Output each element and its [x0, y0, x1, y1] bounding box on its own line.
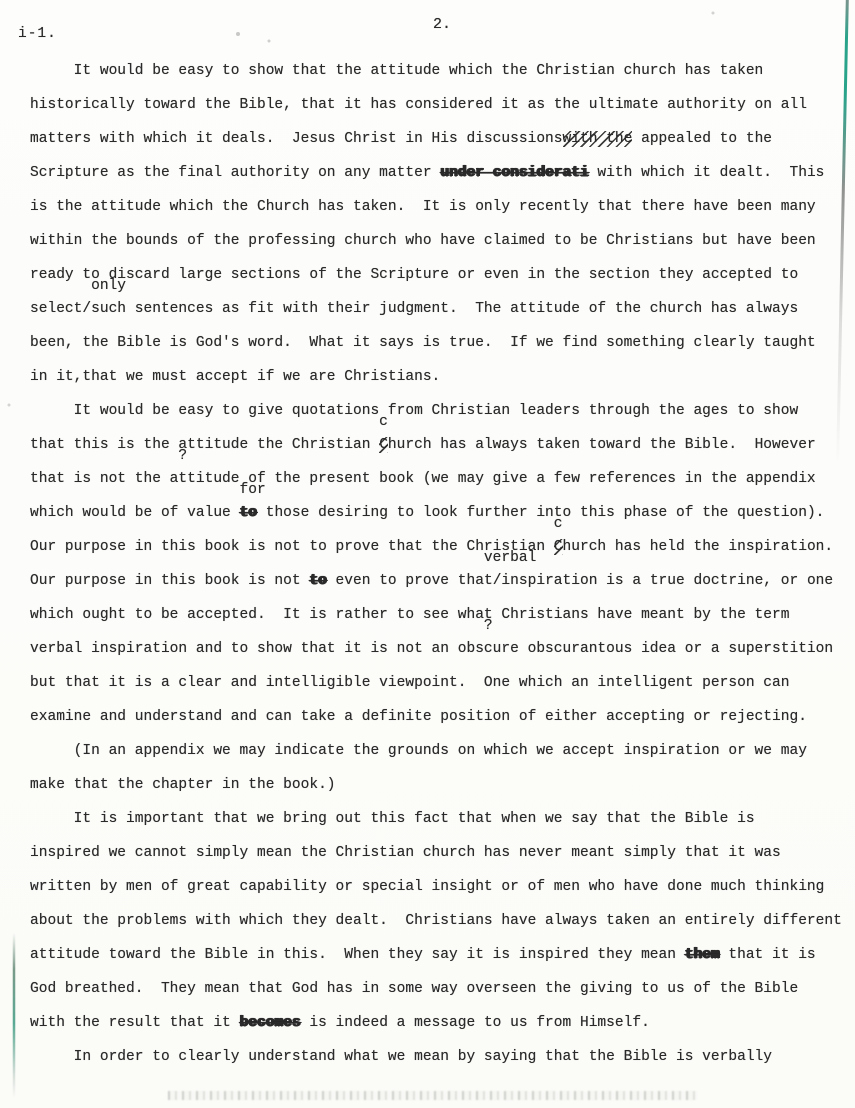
- text-segment: make that the chapter in the book.): [30, 777, 336, 793]
- scan-artifact-left-edge: [13, 933, 15, 1098]
- text-segment: attitude toward the Bible in this. When …: [30, 947, 685, 963]
- text-segment: hurch has held the inspiration.: [563, 539, 834, 555]
- text-segment: matters with which it deals. Jesus Chris…: [30, 131, 563, 147]
- text-segment: those desiring to look further into this…: [257, 505, 824, 521]
- text-segment: even to prove that/inspiration is a true…: [327, 573, 833, 589]
- text-segment: with the result that it: [30, 1015, 240, 1031]
- text-segment: appealed to the: [632, 131, 772, 147]
- typed-insertion: only: [91, 279, 126, 293]
- typed-insertion: ?: [178, 449, 187, 463]
- text-segment: God breathed. They mean that God has in …: [30, 981, 798, 997]
- overstruck-correction: under considerati: [440, 165, 588, 181]
- text-line: written by men of great capability or sp…: [30, 870, 842, 904]
- overstruck-correction: them: [685, 947, 720, 963]
- text-segment: Our purpose in this book is not: [30, 573, 309, 589]
- text-segment: that is not the attitude of the present …: [30, 471, 816, 487]
- text-line: ?verbal inspiration and to show that it …: [30, 632, 842, 666]
- text-segment: about the problems with which they dealt…: [30, 913, 842, 929]
- text-line: with the result that it becomes is indee…: [30, 1006, 842, 1040]
- text-line: It would be easy to give quotations from…: [30, 394, 842, 428]
- text-line: examine and understand and can take a de…: [30, 700, 842, 734]
- text-segment: is the attitude which the Church has tak…: [30, 199, 816, 215]
- text-segment: that it is: [720, 947, 816, 963]
- text-segment: It is important that we bring out this f…: [30, 811, 755, 827]
- text-line: ?that is not the attitude of the present…: [30, 462, 842, 496]
- text-segment: is indeed a message to us from Himself.: [301, 1015, 650, 1031]
- text-line: is the attitude which the Church has tak…: [30, 190, 842, 224]
- text-line: in it,that we must accept if we are Chri…: [30, 360, 842, 394]
- text-line: within the bounds of the professing chur…: [30, 224, 842, 258]
- page-number: 2.: [433, 16, 451, 33]
- text-line: matters with which it deals. Jesus Chris…: [30, 122, 842, 156]
- text-segment: inspired we cannot simply mean the Chris…: [30, 845, 781, 861]
- scanned-typewritten-page: i-1. 2. It would be easy to show that th…: [0, 0, 855, 1108]
- text-line: historically toward the Bible, that it h…: [30, 88, 842, 122]
- slash-struck-correction: with the: [563, 131, 633, 147]
- text-line: make that the chapter in the book.): [30, 768, 842, 802]
- text-line: forwhich would be of value to those desi…: [30, 496, 842, 530]
- scan-artifact-bleed-smudge: [168, 1091, 698, 1100]
- text-segment: which would be of value: [30, 505, 240, 521]
- text-segment: In order to clearly understand what we m…: [30, 1049, 772, 1065]
- text-line: ready to discard large sections of the S…: [30, 258, 842, 292]
- text-segment: verbal inspiration and to show that it i…: [30, 641, 833, 657]
- typed-insertion: c: [379, 415, 388, 429]
- text-segment: select/such sentences as fit with their …: [30, 301, 798, 317]
- slash-struck-correction: C: [379, 437, 388, 453]
- text-line: cOur purpose in this book is not to prov…: [30, 530, 842, 564]
- text-segment: (In an appendix we may indicate the grou…: [30, 743, 807, 759]
- slash-struck-correction: C: [554, 539, 563, 555]
- text-line: attitude toward the Bible in this. When …: [30, 938, 842, 972]
- text-segment: hurch has always taken toward the Bible.…: [388, 437, 816, 453]
- text-segment: examine and understand and can take a de…: [30, 709, 807, 725]
- typed-insertion: c: [554, 517, 563, 531]
- text-segment: that this is the attitude the Christian: [30, 437, 379, 453]
- text-segment: with which it dealt. This: [589, 165, 825, 181]
- typed-insertion: ?: [484, 619, 493, 633]
- text-line: inspired we cannot simply mean the Chris…: [30, 836, 842, 870]
- text-line: (In an appendix we may indicate the grou…: [30, 734, 842, 768]
- text-segment: It would be easy to show that the attitu…: [30, 63, 763, 79]
- text-segment: historically toward the Bible, that it h…: [30, 97, 807, 113]
- text-segment: within the bounds of the professing chur…: [30, 233, 816, 249]
- typed-insertion: for: [240, 483, 266, 497]
- text-segment: Scripture as the final authority on any …: [30, 165, 440, 181]
- overstruck-correction: to: [309, 573, 326, 589]
- typewritten-text-body: It would be easy to show that the attitu…: [30, 54, 842, 1074]
- overstruck-correction: becomes: [240, 1015, 301, 1031]
- text-segment: which ought to be accepted. It is rather…: [30, 607, 789, 623]
- text-segment: in it,that we must accept if we are Chri…: [30, 369, 440, 385]
- text-segment: Our purpose in this book is not to prove…: [30, 539, 554, 555]
- text-segment: been, the Bible is God's word. What it s…: [30, 335, 816, 351]
- text-line: It is important that we bring out this f…: [30, 802, 842, 836]
- corner-annotation: i-1.: [18, 26, 57, 42]
- scan-artifact-specks: [0, 0, 2, 2]
- text-line: God breathed. They mean that God has in …: [30, 972, 842, 1006]
- text-line: onlyselect/such sentences as fit with th…: [30, 292, 842, 326]
- text-segment: ready to discard large sections of the S…: [30, 267, 798, 283]
- text-line: In order to clearly understand what we m…: [30, 1040, 842, 1074]
- text-line: but that it is a clear and intelligible …: [30, 666, 842, 700]
- overstruck-correction: to: [240, 505, 257, 521]
- text-line: been, the Bible is God's word. What it s…: [30, 326, 842, 360]
- text-segment: written by men of great capability or sp…: [30, 879, 824, 895]
- text-segment: but that it is a clear and intelligible …: [30, 675, 789, 691]
- text-line: cthat this is the attitude the Christian…: [30, 428, 842, 462]
- typed-insertion: verbal: [484, 551, 536, 565]
- text-segment: It would be easy to give quotations from…: [30, 403, 798, 419]
- text-line: Scripture as the final authority on any …: [30, 156, 842, 190]
- text-line: about the problems with which they dealt…: [30, 904, 842, 938]
- text-line: verbalOur purpose in this book is not to…: [30, 564, 842, 598]
- text-line: which ought to be accepted. It is rather…: [30, 598, 842, 632]
- text-line: It would be easy to show that the attitu…: [30, 54, 842, 88]
